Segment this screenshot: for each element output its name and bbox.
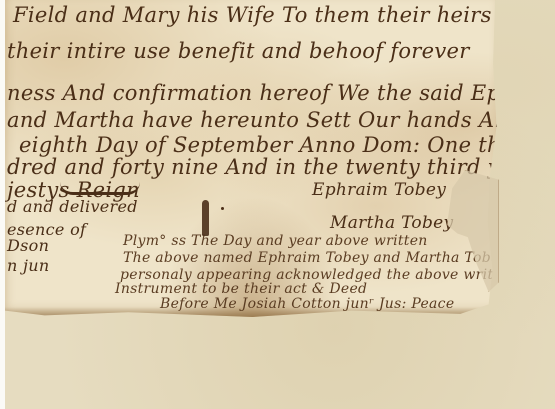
body-line: and Martha have hereunto Sett Our hands …	[7, 108, 555, 132]
acknowledgement-line: The above named Ephraim Tobey and Martha…	[123, 250, 508, 266]
signature-ephraim: Ephraim Tobey	[312, 180, 446, 200]
body-line: their intire use benefit and behoof fore…	[7, 39, 470, 63]
witness-line: n jun	[7, 256, 49, 275]
acknowledgement-line: Instrument to be their act & Deed	[115, 281, 367, 297]
body-line: dred and forty nine And in the twenty th…	[7, 155, 536, 179]
signature-martha: Martha Tobey	[330, 213, 453, 233]
body-line: eighth Day of September Anno Dom: One th…	[19, 133, 555, 157]
reign-flourish	[60, 182, 140, 195]
body-line: Field and Mary his Wife To them their he…	[13, 3, 518, 27]
ink-blot	[202, 200, 209, 236]
document-photo: Field and Mary his Wife To them their he…	[0, 0, 555, 409]
ink-dot	[221, 207, 224, 210]
acknowledgement-line: Plym° ss The Day and year above written	[123, 233, 428, 249]
witness-line: Dson	[7, 236, 49, 255]
manuscript-page: Field and Mary his Wife To them their he…	[5, 0, 500, 317]
acknowledgement-line: Before Me Josiah Cotton junʳ Jus: Peace	[160, 296, 454, 312]
body-line: ness And confirmation hereof We the said…	[7, 81, 537, 105]
witness-line: d and delivered	[7, 197, 138, 216]
